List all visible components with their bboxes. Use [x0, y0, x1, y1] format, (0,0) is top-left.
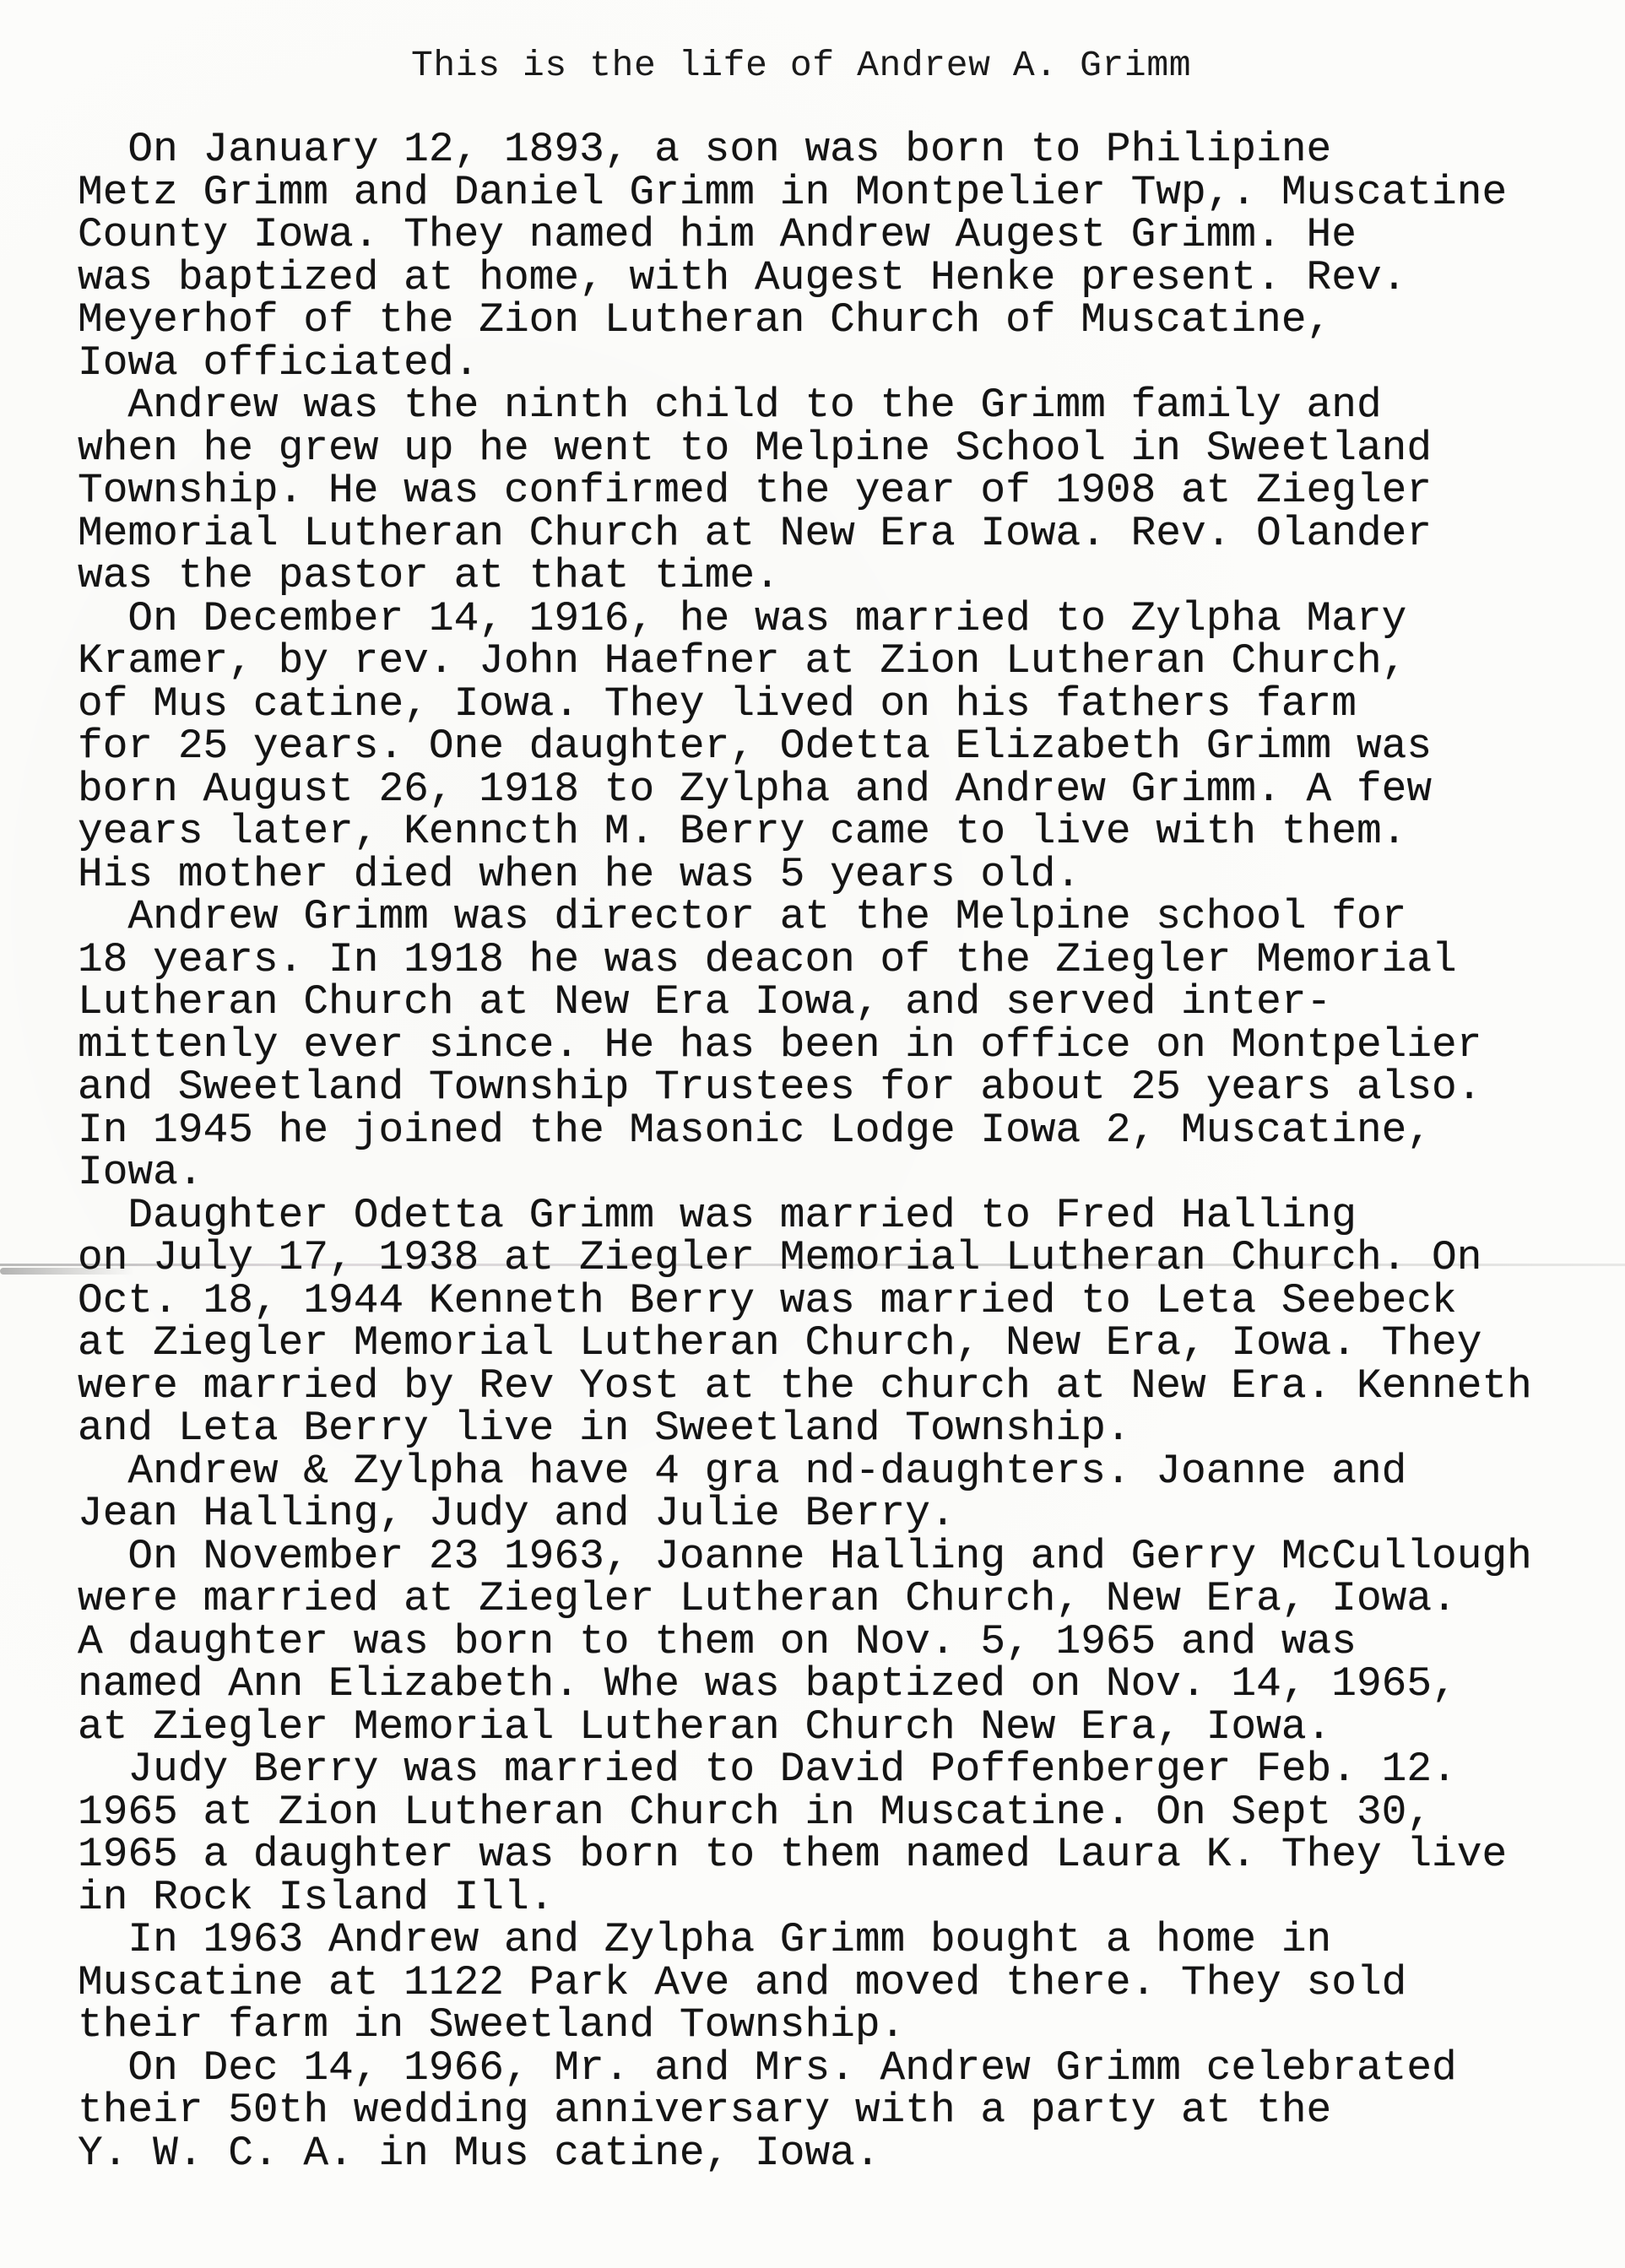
text-line: Kramer, by rev. John Haefner at Zion Lut…: [78, 640, 1532, 683]
text-line: at Ziegler Memorial Lutheran Church New …: [78, 1706, 1532, 1749]
text-line: was the pastor at that time.: [78, 555, 1532, 598]
text-line: was baptized at home, with Augest Henke …: [78, 257, 1532, 300]
text-line: their farm in Sweetland Township.: [78, 2004, 1532, 2047]
text-line: Memorial Lutheran Church at New Era Iowa…: [78, 512, 1532, 555]
text-line: their 50th wedding anniversary with a pa…: [78, 2089, 1532, 2132]
document-body: On January 12, 1893, a son was born to P…: [78, 128, 1532, 2174]
text-line: Muscatine at 1122 Park Ave and moved the…: [78, 1962, 1532, 2005]
text-line: when he grew up he went to Melpine Schoo…: [78, 427, 1532, 470]
typewritten-page: This is the life of Andrew A. Grimm On J…: [0, 0, 1625, 2268]
text-line: for 25 years. One daughter, Odetta Eliza…: [78, 725, 1532, 768]
text-line: County Iowa. They named him Andrew Auges…: [78, 214, 1532, 257]
text-line: Meyerhof of the Zion Lutheran Church of …: [78, 299, 1532, 342]
text-line: and Sweetland Township Trustees for abou…: [78, 1066, 1532, 1109]
text-line: Jean Halling, Judy and Julie Berry.: [78, 1492, 1532, 1535]
text-line: On November 23 1963, Joanne Halling and …: [78, 1535, 1532, 1578]
text-line: were married by Rev Yost at the church a…: [78, 1365, 1532, 1408]
document-title: This is the life of Andrew A. Grimm: [411, 42, 1191, 89]
text-line: named Ann Elizabeth. Whe was baptized on…: [78, 1663, 1532, 1706]
text-line: Daughter Odetta Grimm was married to Fre…: [78, 1194, 1532, 1237]
text-line: born August 26, 1918 to Zylpha and Andre…: [78, 768, 1532, 811]
text-line: Andrew Grimm was director at the Melpine…: [78, 896, 1532, 939]
text-line: Metz Grimm and Daniel Grimm in Montpelie…: [78, 171, 1532, 214]
text-line: and Leta Berry live in Sweetland Townshi…: [78, 1407, 1532, 1450]
text-line: years later, Kenncth M. Berry came to li…: [78, 810, 1532, 853]
text-line: 1965 at Zion Lutheran Church in Muscatin…: [78, 1791, 1532, 1834]
text-line: Iowa officiated.: [78, 342, 1532, 385]
text-line: Andrew was the ninth child to the Grimm …: [78, 384, 1532, 427]
text-line: On January 12, 1893, a son was born to P…: [78, 128, 1532, 171]
text-line: Andrew & Zylpha have 4 gra nd-daughters.…: [78, 1450, 1532, 1493]
text-line: A daughter was born to them on Nov. 5, 1…: [78, 1621, 1532, 1664]
text-line: Iowa.: [78, 1151, 1532, 1194]
text-line: in Rock Island Ill.: [78, 1876, 1532, 1919]
text-line: 18 years. In 1918 he was deacon of the Z…: [78, 939, 1532, 982]
text-line: On Dec 14, 1966, Mr. and Mrs. Andrew Gri…: [78, 2047, 1532, 2090]
text-line: Judy Berry was married to David Poffenbe…: [78, 1748, 1532, 1791]
text-line: 1965 a daughter was born to them named L…: [78, 1833, 1532, 1876]
text-line: mittenly ever since. He has been in offi…: [78, 1024, 1532, 1067]
text-line: His mother died when he was 5 years old.: [78, 853, 1532, 896]
text-line: Township. He was confirmed the year of 1…: [78, 469, 1532, 512]
text-line: were married at Ziegler Lutheran Church,…: [78, 1578, 1532, 1621]
text-line: Y. W. C. A. in Mus catine, Iowa.: [78, 2132, 1532, 2175]
text-line: In 1945 he joined the Masonic Lodge Iowa…: [78, 1109, 1532, 1152]
text-line: Lutheran Church at New Era Iowa, and ser…: [78, 981, 1532, 1024]
text-line: Oct. 18, 1944 Kenneth Berry was married …: [78, 1280, 1532, 1323]
text-line: of Mus catine, Iowa. They lived on his f…: [78, 683, 1532, 726]
text-line: on July 17, 1938 at Ziegler Memorial Lut…: [78, 1237, 1532, 1280]
text-line: On December 14, 1916, he was married to …: [78, 598, 1532, 641]
text-line: at Ziegler Memorial Lutheran Church, New…: [78, 1322, 1532, 1365]
text-line: In 1963 Andrew and Zylpha Grimm bought a…: [78, 1919, 1532, 1962]
